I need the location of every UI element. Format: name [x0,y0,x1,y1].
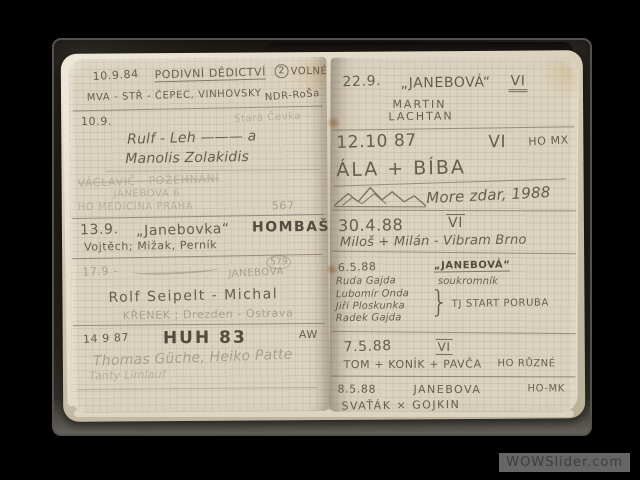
slider-stage: 10.9.84 PODIVNÍ DĚDICTVÍ 2 VOLNÉ KOCE 2①… [0,0,640,480]
entry-name: Ruda Gajda [336,275,396,287]
entry-code: NDR-RoŠa [264,88,320,103]
notebook-photo: 10.9.84 PODIVNÍ DĚDICTVÍ 2 VOLNÉ KOCE 2①… [52,38,592,436]
entry-name: LACHTAN [388,109,453,123]
entry-names: Vojtěch; Mižak, Perník [84,238,217,253]
entry-code: HO RŮZNÉ [498,358,556,369]
entry-line-faded: HO MEDICÍNA PRAHA [78,201,194,213]
entry-name-faded: Tanty Limlauf [89,368,166,383]
entry-divider [73,106,323,112]
entry-title: JANEBOVA [413,383,481,396]
entry-club: TJ START PORUBA [452,297,549,309]
entry-date: 17.9 - [82,264,118,279]
entry-line-faded: JANEBOVA 6 [114,188,180,200]
entry-date: 14 9 87 [83,331,130,346]
entry-code: HO-MK [527,383,565,394]
entry-date: 7.5.88 [343,338,392,356]
entry-line-faded: VÁCLAVIČ - POŽEHNÁNÍ [77,172,219,190]
entry-name: Rolf Seipelt - Michal [108,286,278,306]
entry-date: 8.5.88 [337,383,376,396]
entry-note: Stará Čevka [234,111,302,125]
entry-title: „Janebovka“ [136,221,230,239]
entry-name-faded: KŘENEK ; Drezden - Ostrava [123,306,294,322]
entry-note: More zdar, 1988 [426,183,551,207]
wowslider-watermark-link[interactable]: WOWSlider.com [499,453,630,472]
notebook-left-page: 10.9.84 PODIVNÍ DĚDICTVÍ 2 VOLNÉ KOCE 2①… [68,57,329,413]
entry-name: Rulf - Leh ——— a [127,128,257,147]
mountain-sketch-icon [334,184,426,210]
entry-date: 6.5.88 [338,260,377,274]
entry-title: JANEBOVA [228,266,284,279]
entry-names: TOM + KONÍK + PAVČA [344,357,482,371]
entry-date: 13.9. [80,221,119,238]
entry-date: 12.10 87 [336,130,417,153]
entry-date: 30.4.88 [338,215,404,235]
notebook-right-page: 22.9. „JANEBOVÁ“ VI MARTIN LACHTAN 12.10… [329,58,578,413]
grade-mark: VI [508,73,527,92]
entry-line: MVA - STŘ - ČEPEC, VINHOVSKY [87,88,262,104]
entry-divider [77,387,317,390]
stain [326,264,338,276]
entry-divider [332,331,576,334]
entry-title: HUH 83 [163,328,247,349]
illegible-scribble [132,264,218,276]
entry-number: 567 [272,199,295,212]
entry-names: SVAŤÁK × GOJKIN [341,398,460,413]
entry-code: HO MX [528,133,569,148]
entry-divider [73,323,325,326]
entry-name: Manolis Zolakidis [125,149,249,167]
entry-date: 22.9. [342,73,381,90]
entry-date: 10.9. [81,115,112,128]
entry-names: Thomas Güche, Heiko Patte [93,347,293,370]
entry-name: Lubomír Onda [336,288,409,300]
entry-date: 10.9.84 [92,67,139,83]
entry-names: Miloš + Milán - Vibram Brno [340,233,527,251]
grade-mark: VI [446,214,465,231]
entry-name: Jiří Ploskunka [336,300,405,312]
group-brace: } [430,285,449,320]
entry-title: „JANEBOVÁ“ [400,74,490,91]
entry-divider [332,210,576,212]
entry-title: „JANEBOVÁ“ [434,260,511,273]
grade-mark: VI [436,339,453,355]
circled-number-badge: 2 [275,64,289,78]
entry-title: PODIVNÍ DĚDICTVÍ [154,65,266,82]
stain [326,116,340,130]
entry-code: HOMBAŠ [252,219,330,236]
entry-divider [332,376,576,378]
grade-mark: VI [488,132,506,152]
entry-divider [332,251,576,255]
entry-title: ÁLA + BÍBA [336,156,466,181]
entry-code: AW [299,328,318,341]
entry-divider [332,126,574,130]
entry-name: Radek Gajda [336,312,402,324]
